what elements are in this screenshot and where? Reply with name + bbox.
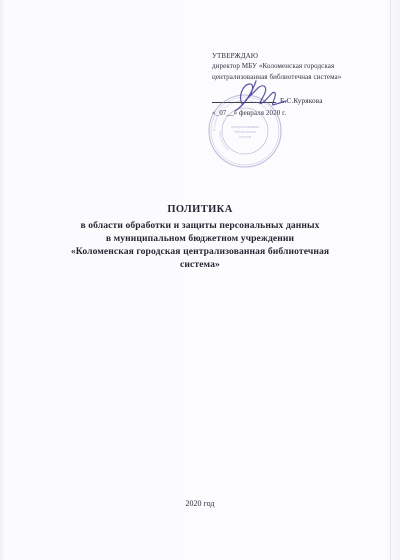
approval-word: УТВЕРЖДАЮ xyxy=(212,51,388,61)
stamp-center-line-1: централизованная xyxy=(231,125,259,129)
title-subline-2: в муниципальном бюджетном учреждении xyxy=(0,232,400,245)
title-block: ПОЛИТИКА в области обработки и защиты пе… xyxy=(0,204,400,271)
scan-page-edge xyxy=(390,0,391,560)
stamp-center-line-3: система xyxy=(239,135,252,139)
handwritten-signature-icon xyxy=(226,79,300,113)
title-subline-1: в области обработки и защиты персональны… xyxy=(0,219,400,232)
title-subline-4: система» xyxy=(0,258,400,271)
footer-year: 2020 год xyxy=(0,499,400,508)
document-page: УТВЕРЖДАЮ директор МБУ «Коломенская горо… xyxy=(0,0,400,560)
document-title: ПОЛИТИКА xyxy=(0,204,400,215)
svg-text:библиотечная: библиотечная xyxy=(218,131,230,152)
title-subline-3: «Коломенская городская централизованная … xyxy=(0,245,400,258)
stamp-center-line-2: библиотечная xyxy=(234,130,255,134)
stamp-arc-text-bottom: библиотечная xyxy=(218,131,230,152)
approval-director-line: директор МБУ «Коломенская городская xyxy=(212,61,388,71)
